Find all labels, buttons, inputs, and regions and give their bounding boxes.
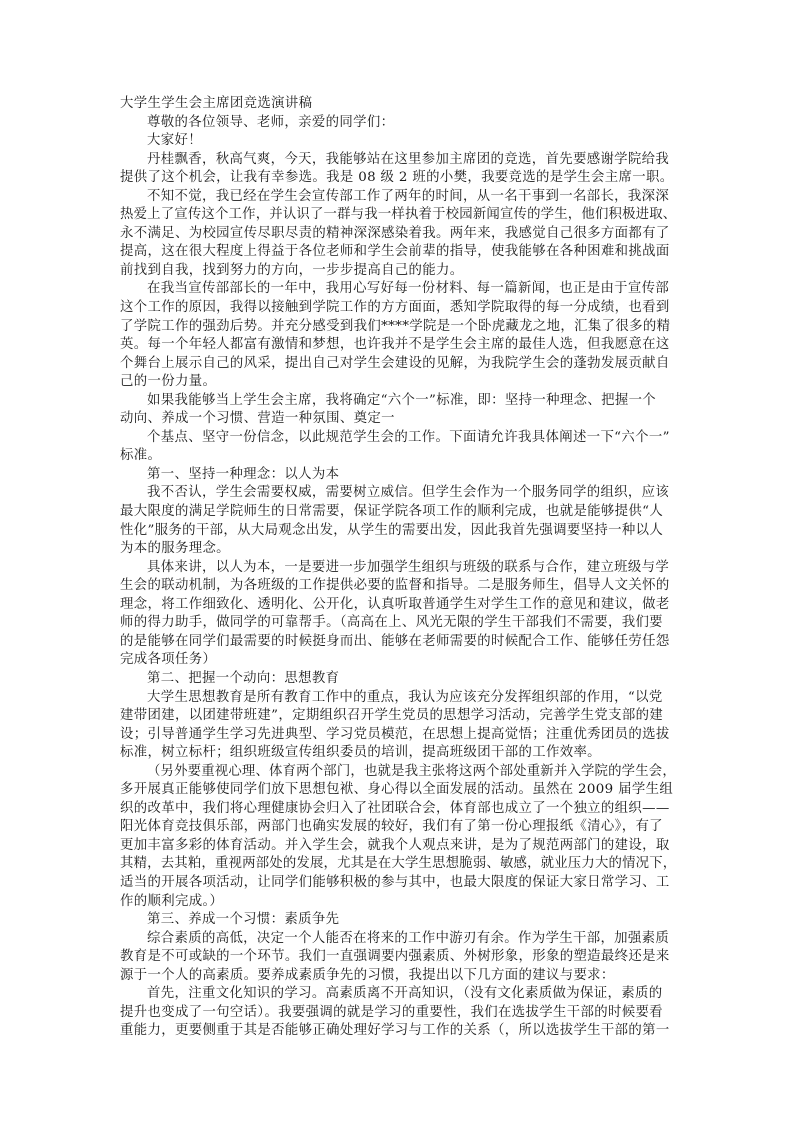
- text-line: 个基点、坚守一份信念，以此规范学生会的工作。下面请允许我具体阐述一下“六个一”: [120, 429, 676, 448]
- document-title: 大学生学生会主席团竞选演讲稿: [120, 95, 676, 114]
- text-line: 提供了这个机会，让我有幸参选。我是 08 级 2 班的小樊，我要竞选的是学生会主…: [120, 169, 676, 188]
- text-line: 标准，树立标杆；组织班级宣传组织委员的培训，提高班级团干部的工作效率。: [120, 744, 676, 763]
- text-line: 师的得力助手，做同学的可靠帮手。（高高在上、风光无限的学生干部我们不需要，我们要: [120, 614, 676, 633]
- text-line: 丹桂飘香，秋高气爽，今天，我能够站在这里参加主席团的竞选，首先要感谢学院给我: [120, 151, 676, 170]
- text-line: 英。每一个年轻人都富有激情和梦想，也许我并不是学生会主席的最佳人选，但我愿意在这: [120, 336, 676, 355]
- text-line: 完成各项任务）: [120, 651, 676, 670]
- text-line: 标准。: [120, 447, 676, 466]
- text-line: 不知不觉，我已经在学生会宣传部工作了两年的时间，从一名干事到一名部长，我深深: [120, 188, 676, 207]
- text-line: 热爱上了宣传这个工作，并认识了一群与我一样执着于校园新闻宣传的学生，他们积极进取…: [120, 206, 676, 225]
- text-line: 综合素质的高低，决定一个人能否在将来的工作中游刃有余。作为学生干部，加强素质: [120, 930, 676, 949]
- text-line: 的是能够在同学们最需要的时候挺身而出、能够在老师需要的时候配合工作、能够任劳任怨: [120, 633, 676, 652]
- section-heading: 第一、坚持一种理念：以人为本: [120, 466, 676, 485]
- text-line: 其精，去其粕，重视两部处的发展，尤其是在大学生思想脆弱、敏感，就业压力大的情况下…: [120, 855, 676, 874]
- text-line: 为本的服务理念。: [120, 540, 676, 559]
- text-line: 了学院工作的强劲后势。并充分感受到我们****学院是一个卧虎藏龙之地，汇集了很多…: [120, 318, 676, 337]
- text-line: 最大限度的满足学院师生的日常需要，保证学院各项工作的顺利完成，也就是能够提供“人: [120, 503, 676, 522]
- text-line: 提高，这在很大程度上得益于各位老师和学生会前辈的指导，使我能够在各种困难和挑战面: [120, 243, 676, 262]
- text-line: 个舞台上展示自己的风采，提出自己对学生会建设的见解，为我院学生会的蓬勃发展贡献自: [120, 355, 676, 374]
- text-line: 在我当宣传部部长的一年中，我用心写好每一份材料、每一篇新闻，也正是由于宣传部: [120, 280, 676, 299]
- text-line: 更加丰富多彩的体育活动。并入学生会，就我个人观点来讲，是为了规范两部门的建设，取: [120, 837, 676, 856]
- salutation-line: 尊敬的各位领导、老师，亲爱的同学们：: [120, 114, 676, 133]
- text-line: 织的改革中，我们将心理健康协会归入了社团联合会，体育部也成立了一个独立的组织——: [120, 800, 676, 819]
- text-line: 己的一份力量。: [120, 373, 676, 392]
- text-line: 多开展真正能够使同学们放下思想包袱、身心得以全面发展的活动。虽然在 2009 届…: [120, 781, 676, 800]
- text-line: 设；引导普通学生学习先进典型、学习党员模范，在思想上提高觉悟；注重优秀团员的选拔: [120, 726, 676, 745]
- greeting-line: 大家好！: [120, 132, 676, 151]
- text-line: 教育是不可或缺的一个环节。我们一直强调要内强素质、外树形象，形象的塑造最终还是来: [120, 948, 676, 967]
- text-line: 动向、养成一个习惯、营造一种氛围、奠定一: [120, 410, 676, 429]
- document-page: 大学生学生会主席团竞选演讲稿尊敬的各位领导、老师，亲爱的同学们：大家好！丹桂飘香…: [120, 95, 676, 1041]
- text-line: （另外要重视心理、体育两个部门，也就是我主张将这两个部处重新并入学院的学生会，: [120, 763, 676, 782]
- text-line: 永不满足、为校园宣传尽职尽责的精神深深感染着我。两年来，我感觉自己很多方面都有了: [120, 225, 676, 244]
- text-line: 作的顺利完成。）: [120, 893, 676, 912]
- text-line: 这个工作的原因，我得以接触到学院工作的方方面面，悉知学院取得的每一分成绩，也看到: [120, 299, 676, 318]
- text-line: 理念，将工作细致化、透明化、公开化，认真听取普通学生对学生工作的意见和建议，做老: [120, 596, 676, 615]
- text-line: 性化”服务的干部，从大局观念出发，从学生的需要出发，因此我首先强调要坚持一种以人: [120, 522, 676, 541]
- text-line: 生会的联动机制，为各班级的工作提供必要的监督和指导。二是服务师生，倡导人文关怀的: [120, 577, 676, 596]
- text-line: 适当的开展各项活动，让同学们能够积极的参与其中，也最大限度的保证大家日常学习、工: [120, 874, 676, 893]
- text-line: 前找到自我，找到努力的方向，一步步提高自己的能力。: [120, 262, 676, 281]
- text-line: 源于一个人的高素质。要养成素质争先的习惯，我提出以下几方面的建议与要求：: [120, 967, 676, 986]
- section-heading: 第三、养成一个习惯：素质争先: [120, 911, 676, 930]
- section-heading: 第二、把握一个动向：思想教育: [120, 670, 676, 689]
- text-line: 阳光体育竞技俱乐部，两部门也确实发展的较好，我们有了第一份心理报纸《清心》，有了: [120, 818, 676, 837]
- text-line: 提升也变成了一句空话）。我要强调的就是学习的重要性，我们在选拔学生干部的时候要看: [120, 1004, 676, 1023]
- text-line: 首先，注重文化知识的学习。高素质离不开高知识，（没有文化素质做为保证，素质的: [120, 985, 676, 1004]
- text-line: 重能力，更要侧重于其是否能够正确处理好学习与工作的关系（，所以选拔学生干部的第一: [120, 1022, 676, 1041]
- text-line: 如果我能够当上学生会主席，我将确定“六个一”标准，即：坚持一种理念、把握一个: [120, 392, 676, 411]
- text-line: 具体来讲，以人为本，一是要进一步加强学生组织与班级的联系与合作，建立班级与学: [120, 559, 676, 578]
- text-line: 建带团建，以团建带班建”，定期组织召开学生党员的思想学习活动，完善学生党支部的建: [120, 707, 676, 726]
- text-line: 大学生思想教育是所有教育工作中的重点，我认为应该充分发挥组织部的作用，“以党: [120, 689, 676, 708]
- text-line: 我不否认，学生会需要权威，需要树立威信。但学生会作为一个服务同学的组织，应该: [120, 484, 676, 503]
